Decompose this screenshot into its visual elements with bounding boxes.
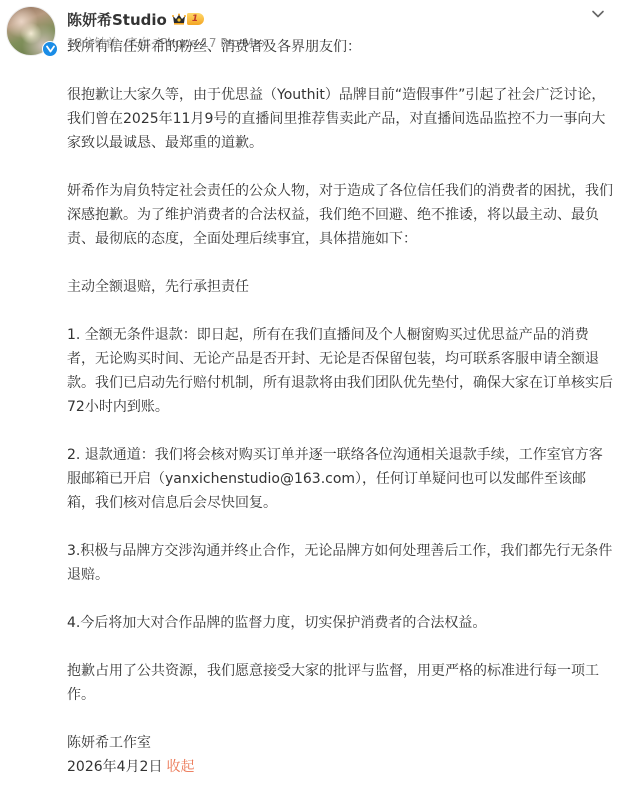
chevron-down-icon xyxy=(590,7,606,21)
name-row: 陈妍希Studio 1 xyxy=(67,8,268,30)
collapse-link[interactable]: 收起 xyxy=(166,759,194,775)
author-name[interactable]: 陈妍希Studio xyxy=(67,9,167,30)
avatar[interactable] xyxy=(6,6,56,56)
date-line: 2026年4月2日收起 xyxy=(67,755,613,779)
salutation: 致所有信任妍希的粉丝、消费者及各界朋友们： xyxy=(67,35,613,59)
spacer xyxy=(67,515,613,539)
spacer xyxy=(67,155,613,179)
verified-v-icon xyxy=(42,41,58,57)
measure-brand: 3.积极与品牌方交涉沟通并终止合作，无论品牌方如何处理善后工作，我们都先行无条件… xyxy=(67,539,613,587)
spacer xyxy=(67,635,613,659)
vip-level: 1 xyxy=(187,13,204,25)
vip-badge[interactable]: 1 xyxy=(172,12,204,26)
spacer xyxy=(67,419,613,443)
weibo-post: 陈妍希Studio 1 18分钟前 来自 iPhone 17 Pro Max xyxy=(0,0,622,799)
spacer xyxy=(67,299,613,323)
spacer xyxy=(67,251,613,275)
spacer xyxy=(67,587,613,611)
measure-supervision: 4.今后将加大对合作品牌的监督力度，切实保护消费者的合法权益。 xyxy=(67,611,613,635)
spacer xyxy=(67,59,613,83)
more-options-button[interactable] xyxy=(590,6,606,20)
closing-paragraph: 抱歉占用了公共资源，我们愿意接受大家的批评与监督，用更严格的标准进行每一项工作。 xyxy=(67,659,613,707)
signature: 陈妍希工作室 xyxy=(67,731,613,755)
spacer xyxy=(67,707,613,731)
measure-channel: 2. 退款通道：我们将会核对购买订单并逐一联络各位沟通相关退款手续，工作室官方客… xyxy=(67,443,613,515)
measure-refund: 1. 全额无条件退款：即日起，所有在我们直播间及个人橱窗购买过优思益产品的消费者… xyxy=(67,323,613,419)
paragraph-responsibility: 妍希作为肩负特定社会责任的公众人物，对于造成了各位信任我们的消费者的困扰，我们深… xyxy=(67,179,613,251)
crown-icon xyxy=(172,13,186,25)
post-date: 2026年4月2日 xyxy=(67,759,162,775)
section-heading: 主动全额退赔，先行承担责任 xyxy=(67,275,613,299)
paragraph-apology: 很抱歉让大家久等，由于优思益（Youthit）品牌目前“造假事件”引起了社会广泛… xyxy=(67,83,613,155)
post-content: 致所有信任妍希的粉丝、消费者及各界朋友们： 很抱歉让大家久等，由于优思益（You… xyxy=(67,35,613,779)
